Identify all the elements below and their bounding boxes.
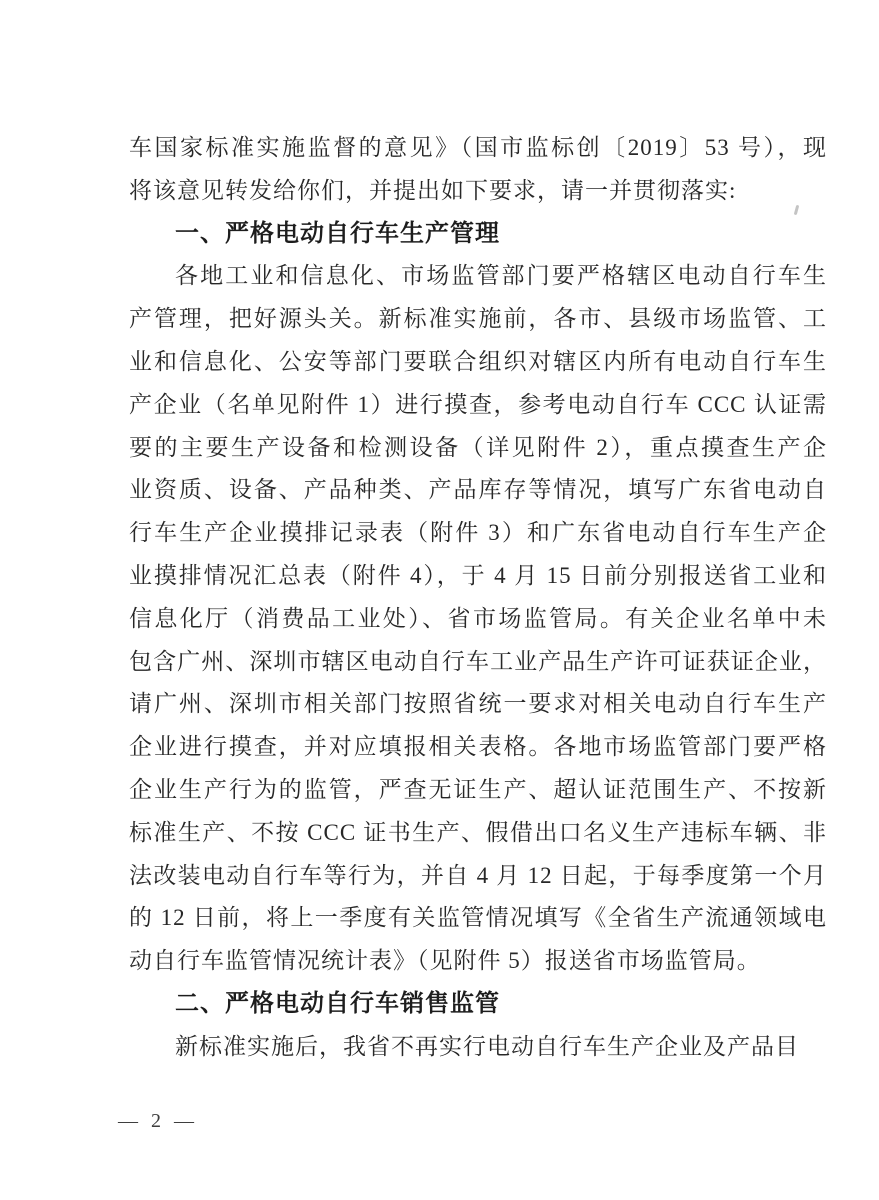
body-line: 标准生产、不按 CCC 证书生产、假借出口名义生产违标车辆、非 bbox=[129, 812, 827, 855]
body-line: 业资质、设备、产品种类、产品库存等情况，填写广东省电动自 bbox=[129, 469, 827, 512]
body-line: 车国家标准实施监督的意见》（国市监标创〔2019〕53 号），现 bbox=[129, 127, 827, 170]
body-line: 各地工业和信息化、市场监管部门要严格辖区电动自行车生 bbox=[129, 255, 827, 298]
body-line: 企业生产行为的监管，严查无证生产、超认证范围生产、不按新 bbox=[129, 769, 827, 812]
body-line: 将该意见转发给你们，并提出如下要求，请一并贯彻落实: bbox=[129, 170, 827, 213]
body-line: 的 12 日前，将上一季度有关监管情况填写《全省生产流通领域电 bbox=[129, 897, 827, 940]
body-line: 新标准实施后，我省不再实行电动自行车生产企业及产品目 bbox=[129, 1026, 827, 1069]
section-heading-2: 二、严格电动自行车销售监管 bbox=[129, 983, 827, 1026]
body-line: 业和信息化、公安等部门要联合组织对辖区内所有电动自行车生 bbox=[129, 341, 827, 384]
scanned-document-page: 车国家标准实施监督的意见》（国市监标创〔2019〕53 号），现 将该意见转发给… bbox=[0, 0, 879, 1200]
body-line: 请广州、深圳市相关部门按照省统一要求对相关电动自行车生产 bbox=[129, 683, 827, 726]
body-line: 行车生产企业摸排记录表（附件 3）和广东省电动自行车生产企 bbox=[129, 512, 827, 555]
body-line: 法改装电动自行车等行为，并自 4 月 12 日起，于每季度第一个月 bbox=[129, 855, 827, 898]
body-line: 业摸排情况汇总表（附件 4），于 4 月 15 日前分别报送省工业和 bbox=[129, 555, 827, 598]
body-line: 企业进行摸查，并对应填报相关表格。各地市场监管部门要严格 bbox=[129, 726, 827, 769]
body-line: 动自行车监管情况统计表》（见附件 5）报送省市场监管局。 bbox=[129, 940, 827, 983]
document-body: 车国家标准实施监督的意见》（国市监标创〔2019〕53 号），现 将该意见转发给… bbox=[129, 127, 827, 1069]
section-heading-1: 一、严格电动自行车生产管理 bbox=[129, 213, 827, 256]
body-line: 产企业（名单见附件 1）进行摸查，参考电动自行车 CCC 认证需 bbox=[129, 384, 827, 427]
body-line: 包含广州、深圳市辖区电动自行车工业产品生产许可证获证企业， bbox=[129, 641, 827, 684]
body-line: 信息化厅（消费品工业处）、省市场监管局。有关企业名单中未 bbox=[129, 598, 827, 641]
body-line: 产管理，把好源头关。新标准实施前，各市、县级市场监管、工 bbox=[129, 298, 827, 341]
page-number: — 2 — bbox=[118, 1110, 198, 1133]
body-line: 要的主要生产设备和检测设备（详见附件 2），重点摸查生产企 bbox=[129, 427, 827, 470]
